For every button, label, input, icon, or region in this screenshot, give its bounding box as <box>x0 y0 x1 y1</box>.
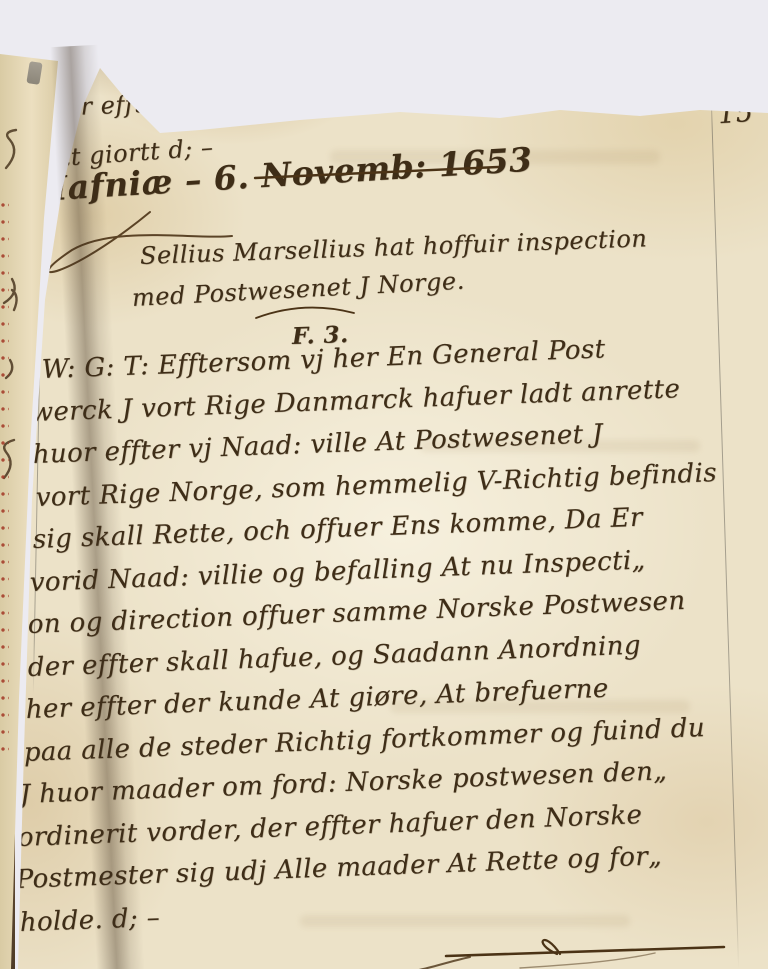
manuscript-photo: 15 der effter paa tilbørligt steder skal… <box>0 0 768 969</box>
red-edge-speckles <box>0 200 9 760</box>
manuscript-body: W: G: T: Efftersom vj her En General Pos… <box>28 355 758 950</box>
page-top-edge-shadow <box>0 50 768 96</box>
manuscript-page: 15 der effter paa tilbørligt steder skal… <box>0 50 768 969</box>
manuscript-line: der effter paa tilbørligt steder skall b… <box>49 70 601 122</box>
subject-heading-line: med Postwesenet J Norge. <box>131 267 465 312</box>
page-number: 15 <box>717 97 754 130</box>
subject-heading-line: Sellius Marsellius hat hoffuir inspectio… <box>140 224 648 270</box>
